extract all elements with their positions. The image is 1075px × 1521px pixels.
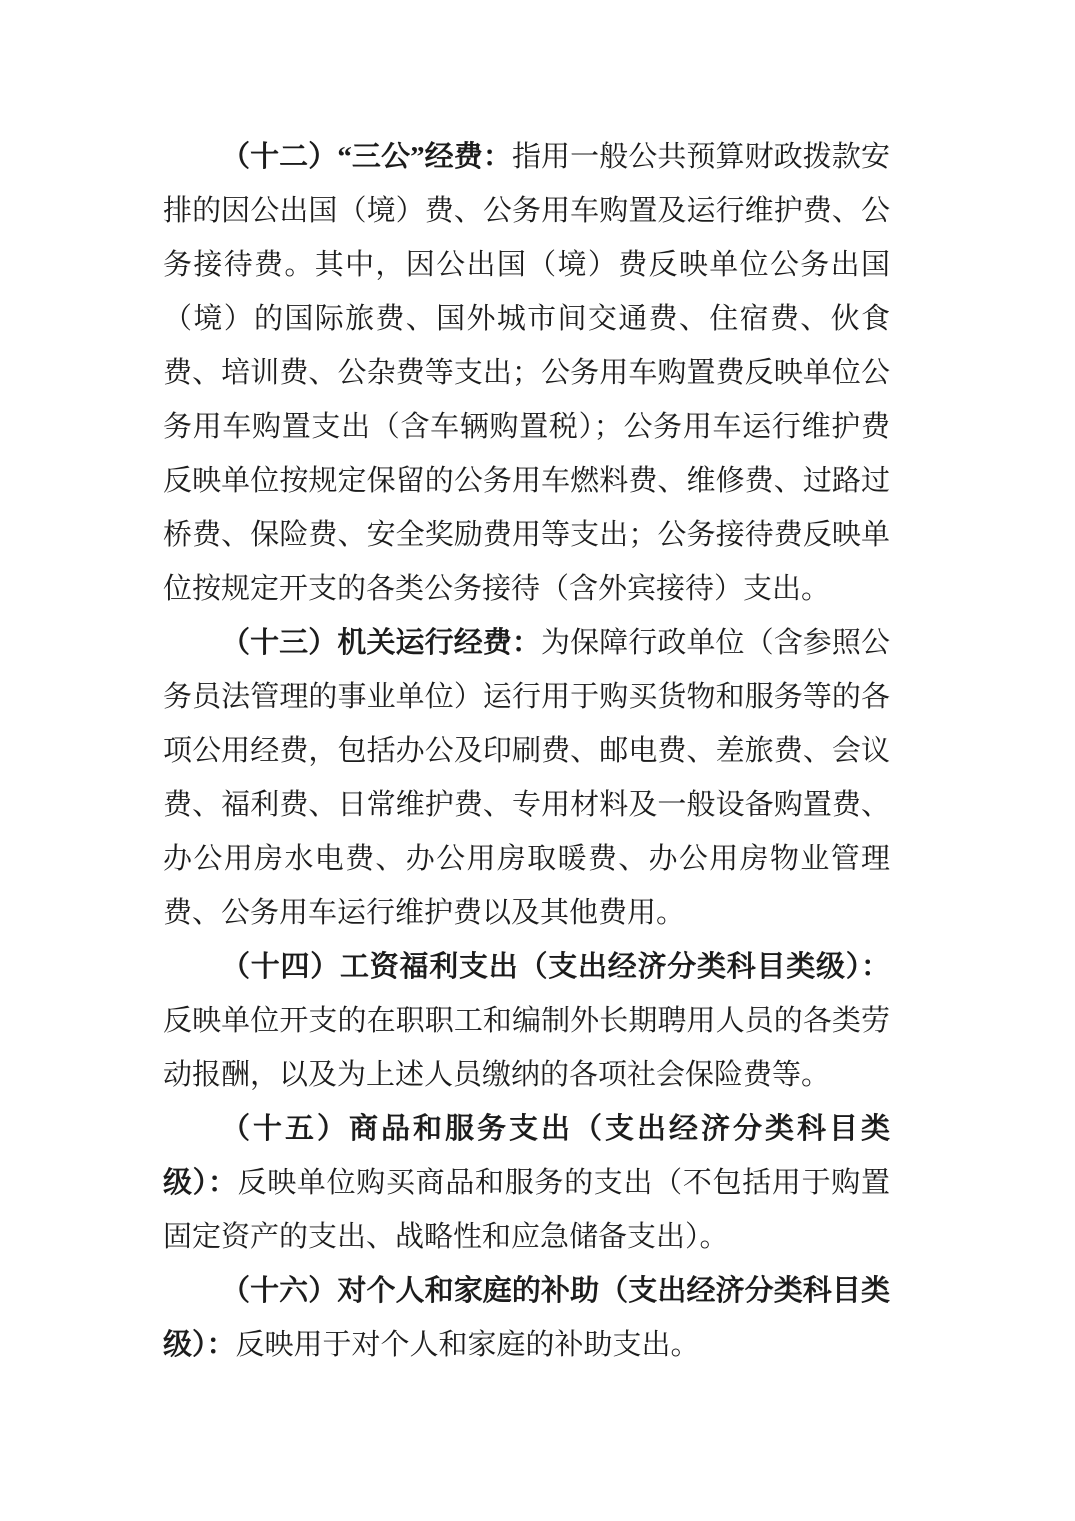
paragraph-12-sangong-expenses: （十二）“三公”经费：指用一般公共预算财政拨款安排的因公出国（境）费、公务用车购… <box>163 130 890 616</box>
paragraph-12-text: 指用一般公共预算财政拨款安排的因公出国（境）费、公务用车购置及运行维护费、公务接… <box>163 141 890 605</box>
paragraph-13-label: （十三）机关运行经费： <box>221 627 541 659</box>
paragraph-14-wage-welfare-expenditure: （十四）工资福利支出（支出经济分类科目类级）：反映单位开支的在职职工和编制外长期… <box>163 940 890 1102</box>
document-page: （十二）“三公”经费：指用一般公共预算财政拨款安排的因公出国（境）费、公务用车购… <box>0 0 1075 1521</box>
paragraph-15-text: 反映单位购买商品和服务的支出（不包括用于购置固定资产的支出、战略性和应急储备支出… <box>163 1167 890 1253</box>
paragraph-12-label: （十二）“三公”经费： <box>221 141 512 173</box>
paragraph-14-label: （十四）工资福利支出（支出经济分类科目类级）： <box>221 951 890 983</box>
paragraph-13-agency-operating-funds: （十三）机关运行经费：为保障行政单位（含参照公务员法管理的事业单位）运行用于购买… <box>163 616 890 940</box>
paragraph-16-text: 反映用于对个人和家庭的补助支出。 <box>236 1329 700 1361</box>
paragraph-16-individual-family-subsidies: （十六）对个人和家庭的补助（支出经济分类科目类级）：反映用于对个人和家庭的补助支… <box>163 1264 890 1372</box>
paragraph-15-goods-services-expenditure: （十五）商品和服务支出（支出经济分类科目类级）：反映单位购买商品和服务的支出（不… <box>163 1102 890 1264</box>
document-body: （十二）“三公”经费：指用一般公共预算财政拨款安排的因公出国（境）费、公务用车购… <box>163 130 890 1372</box>
paragraph-14-text: 反映单位开支的在职职工和编制外长期聘用人员的各类劳动报酬，以及为上述人员缴纳的各… <box>163 1005 890 1091</box>
paragraph-13-text: 为保障行政单位（含参照公务员法管理的事业单位）运行用于购买货物和服务等的各项公用… <box>163 627 890 929</box>
